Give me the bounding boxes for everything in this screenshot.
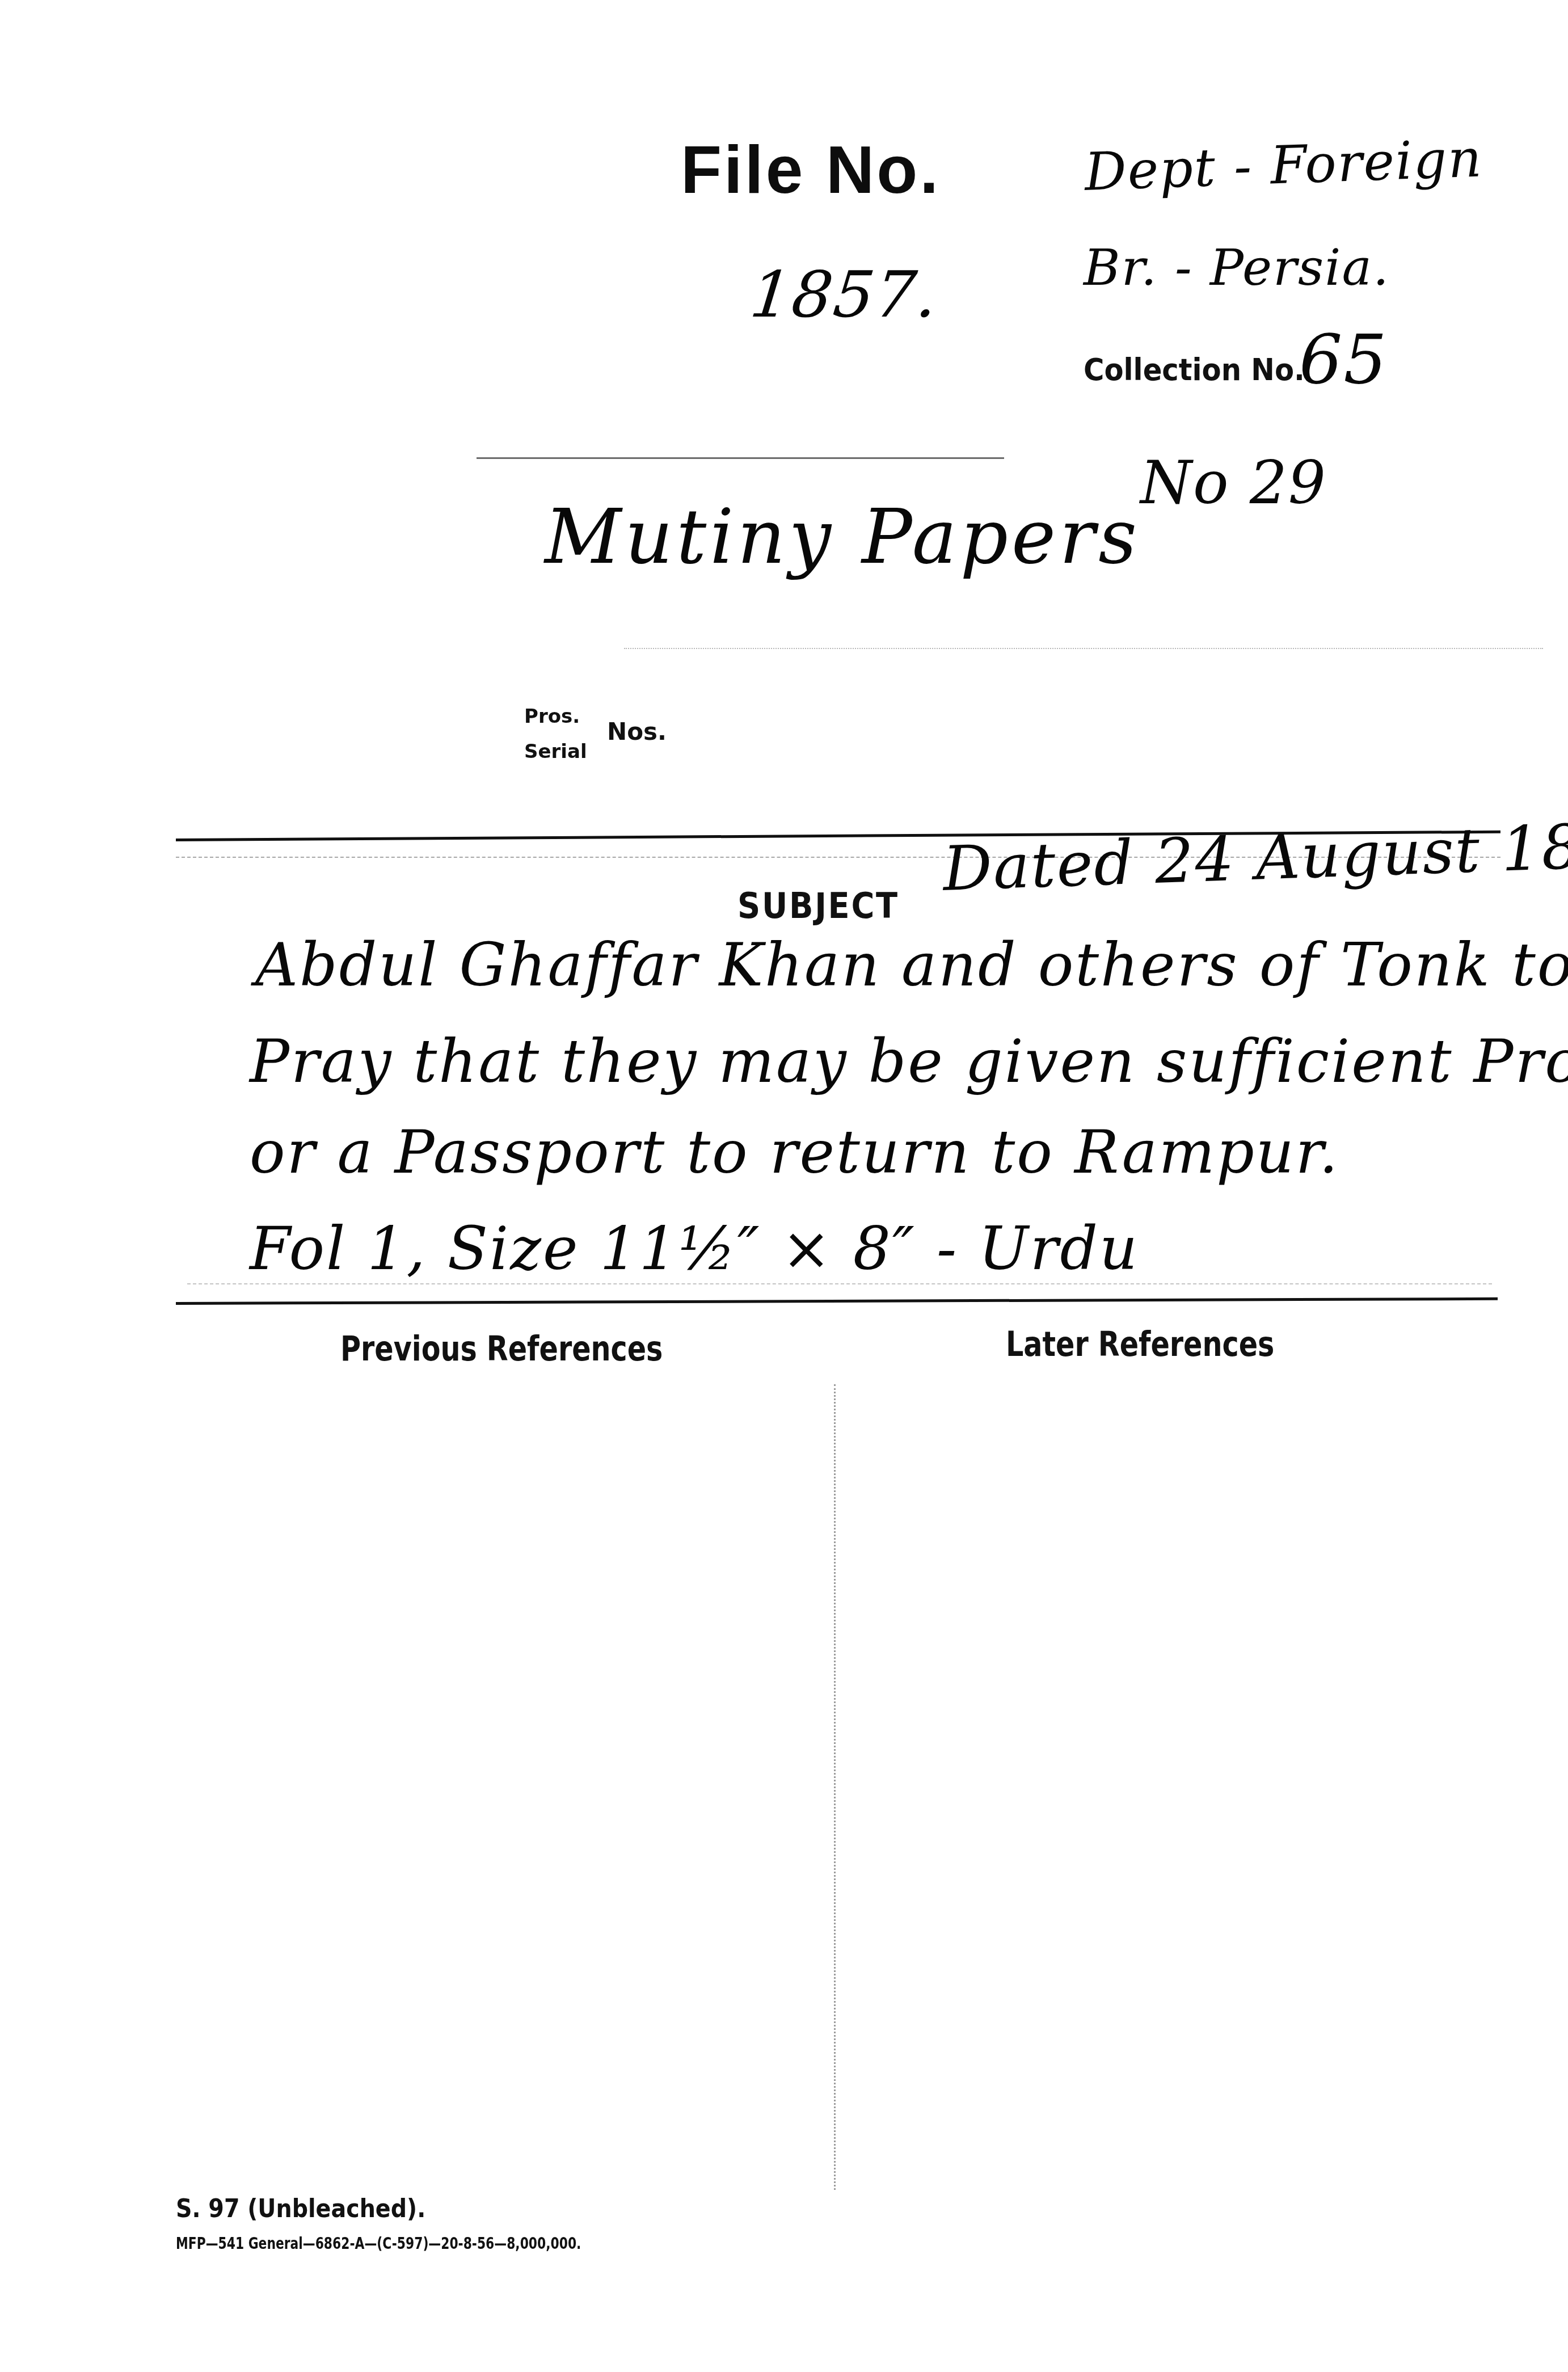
title-underline-divider xyxy=(624,648,1543,649)
serial-label: Serial xyxy=(524,740,587,763)
subject-bottom-rule xyxy=(176,1297,1498,1305)
pros-label: Pros. xyxy=(524,705,580,728)
collection-number: 65 xyxy=(1299,321,1388,399)
subject-text-line: or a Passport to return to Rampur. xyxy=(250,1118,1339,1187)
dated-annotation: Dated 24 August 1857. xyxy=(942,808,1568,904)
title-rule-divider xyxy=(477,457,1004,459)
later-references-heading: Later References xyxy=(1006,1325,1274,1364)
serial-number: No 29 xyxy=(1140,448,1327,517)
references-column-divider xyxy=(834,1384,836,2190)
file-year: 1857. xyxy=(747,258,942,332)
collection-label: Collection No. xyxy=(1084,352,1305,387)
file-no-label: File No. xyxy=(681,132,941,209)
subject-bottom-rule-thin xyxy=(187,1283,1492,1284)
later-references-area xyxy=(845,1384,1498,2179)
subject-label: SUBJECT xyxy=(737,885,899,926)
subject-text-line: Fol 1, Size 11½″ × 8″ - Urdu xyxy=(250,1214,1139,1283)
nos-label: Nos. xyxy=(607,718,667,745)
file-title: Mutiny Papers xyxy=(545,494,1140,581)
branch-annotation: Br. - Persia. xyxy=(1084,238,1390,297)
department-annotation: Dept - Foreign xyxy=(1084,128,1483,203)
form-number: S. 97 (Unbleached). xyxy=(176,2194,425,2223)
previous-references-heading: Previous References xyxy=(340,1329,663,1369)
subject-text-line: Abdul Ghaffar Khan and others of Tonk to… xyxy=(255,930,1568,1000)
subject-text-line: Pray that they may be given sufficient P… xyxy=(250,1027,1568,1096)
previous-references-area xyxy=(182,1384,817,2179)
printer-imprint: MFP—541 General—6862-A—(C-597)—20-8-56—8… xyxy=(176,2234,581,2253)
